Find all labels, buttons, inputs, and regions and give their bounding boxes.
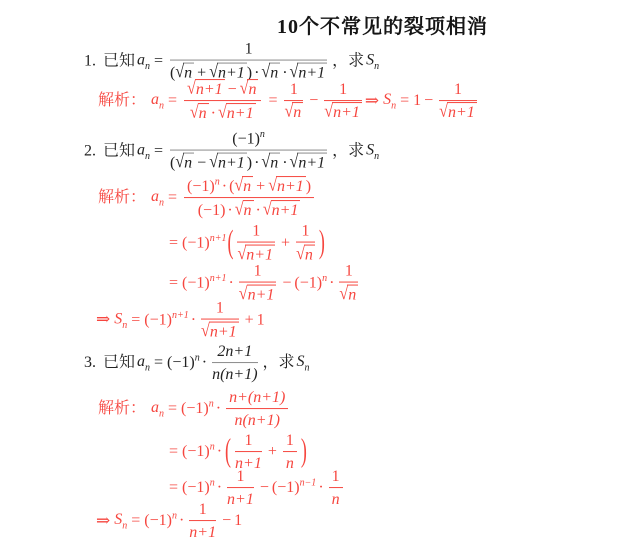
math-token: =	[168, 399, 177, 418]
math-token: ·	[179, 511, 184, 530]
math-token: √	[218, 101, 227, 122]
math-token: 1	[252, 223, 260, 240]
math-token: n(n+1)	[226, 409, 288, 430]
math-token: n	[159, 101, 164, 112]
implies-arrow: ⇒	[96, 310, 110, 330]
math-token: =	[400, 91, 409, 110]
sqrt-n: √n	[190, 103, 209, 123]
math-token: √	[209, 151, 218, 172]
math-token: ·	[254, 154, 259, 171]
math-token: −	[197, 154, 206, 171]
math-token: n	[122, 521, 127, 532]
neg-one-pow-n-minus-1: (−1)n−1	[272, 478, 316, 497]
math-token: 1	[290, 81, 298, 98]
fraction: 1 √n	[296, 222, 315, 265]
fraction: √n+1−√n √n·√n+1	[184, 79, 261, 123]
math-token: =	[154, 353, 163, 372]
math-token: ·	[217, 478, 222, 497]
math-token: −	[228, 81, 237, 98]
math-token: n+1	[210, 273, 227, 284]
math-token: 1	[454, 81, 462, 98]
seek-label: ，求	[332, 141, 364, 160]
math-token: (−1)	[144, 311, 172, 328]
neg-one-pow-n: (−1)n	[182, 478, 215, 497]
a-sub-n: an	[151, 90, 164, 111]
math-token: √	[240, 78, 249, 99]
math-token: √	[339, 283, 348, 304]
math-token: (−1)	[182, 443, 210, 460]
math-token: a	[151, 399, 159, 416]
fraction: 2n+1 n(n+1)	[212, 342, 257, 384]
sqrt-n-plus-1: √n+1	[290, 152, 328, 172]
math-token: −	[260, 478, 269, 497]
math-token: 1	[227, 467, 254, 488]
math-token: =	[131, 310, 140, 329]
math-token: S	[366, 141, 374, 158]
math-token: 1	[216, 300, 224, 317]
S-sub-n: Sn	[383, 90, 396, 111]
math-token: 1	[170, 40, 327, 61]
math-token: 1	[189, 500, 216, 521]
math-token: √n+1	[324, 101, 362, 123]
sqrt-n-plus-1: √n+1	[209, 152, 247, 172]
big-left-paren: (	[227, 224, 233, 263]
analysis-label: 解析：	[98, 91, 146, 110]
fraction: 1 √n	[284, 80, 303, 123]
neg-one-pow-n: (−1)n	[181, 399, 214, 418]
seek-label: ，求	[263, 353, 295, 372]
math-token: n	[292, 102, 303, 122]
math-token: ·	[282, 154, 287, 171]
math-token: =	[168, 188, 177, 207]
problem-number: 1.	[84, 51, 96, 70]
math-token: =	[169, 233, 178, 252]
math-token: n+1	[447, 102, 477, 122]
neg-one-pow-n: (−1)n	[294, 273, 327, 292]
math-token: 1	[244, 432, 252, 449]
math-token: n(n+1)	[234, 412, 279, 429]
sqrt-n: √n	[284, 102, 303, 122]
fraction: 1 (√n+√n+1)·√n·√n+1	[170, 40, 327, 83]
math-token: −	[424, 91, 433, 110]
math-token: n+(n+1)	[229, 389, 285, 406]
sqrt-n-plus-1: √n+1	[324, 102, 362, 122]
math-token: n	[269, 152, 280, 172]
math-token: S	[366, 51, 374, 68]
math-token: −	[309, 91, 318, 110]
S-sub-n: Sn	[366, 50, 379, 71]
math-token: √	[284, 101, 293, 122]
neg-one-pow-n: (−1)n	[144, 511, 177, 530]
math-token: 1	[329, 467, 343, 488]
math-token: (−1)	[144, 512, 172, 529]
math-token: S	[383, 91, 391, 108]
neg-one-pow-n-plus-1: (−1)n+1	[182, 273, 226, 292]
math-token: (√n−√n+1)·√n·√n+1	[170, 151, 327, 173]
implies-arrow: ⇒	[365, 91, 379, 111]
math-token: +	[268, 442, 277, 461]
known-label: 已知	[103, 353, 135, 372]
math-token: 1	[332, 468, 340, 485]
big-left-paren: (	[225, 433, 231, 472]
math-token: 1	[339, 262, 358, 283]
fraction: n+(n+1) n(n+1)	[226, 388, 288, 430]
math-token: n+1	[189, 521, 216, 542]
math-token: n	[215, 177, 220, 188]
math-token: 1	[199, 501, 207, 518]
math-token: (−1)	[182, 234, 210, 251]
math-token: √	[261, 151, 270, 172]
math-token: 1	[254, 263, 262, 280]
neg-one-pow-n: (−1)n	[182, 442, 215, 461]
math-token: =	[169, 442, 178, 461]
math-token: ·	[217, 442, 222, 461]
math-token: n+1	[332, 102, 362, 122]
math-token: a	[137, 353, 145, 370]
math-token: 1	[286, 432, 294, 449]
page-title: 10个不常见的裂项相消	[277, 10, 488, 39]
math-token: n	[210, 478, 215, 489]
solution-2-line-4: ⇒ Sn = (−1)n+1 · 1 √n+1 + 1	[96, 299, 265, 342]
math-token: n(n+1)	[212, 366, 257, 383]
math-token: 1	[245, 41, 253, 58]
seek-label: ，求	[332, 51, 364, 70]
math-token: ·	[216, 399, 221, 418]
math-token: √	[234, 175, 243, 196]
math-token: (−1)·√n·√n+1	[184, 198, 314, 220]
sqrt-n-plus-1: √n+1	[218, 103, 256, 123]
math-token: n	[145, 363, 150, 374]
sqrt-n: √n	[240, 79, 259, 99]
math-token: =	[169, 478, 178, 497]
math-token: n	[159, 409, 164, 420]
solution-3-line-1: 解析： an = (−1)n · n+(n+1) n(n+1)	[98, 388, 291, 430]
fraction: 1 √n	[339, 262, 358, 305]
analysis-label: 解析：	[98, 188, 146, 207]
solution-2-line-1: 解析： an = (−1)n·(√n+√n+1) (−1)·√n·√n+1	[98, 176, 317, 220]
neg-one-pow-n-plus-1: (−1)n+1	[144, 310, 188, 329]
math-token: (−1)	[232, 131, 260, 148]
math-token: (−1)	[182, 274, 210, 291]
a-sub-n: an	[151, 187, 164, 208]
solution-3-line-4: ⇒ Sn = (−1)n · 1 n+1 − 1	[96, 500, 242, 542]
math-token: n+1	[195, 79, 225, 99]
math-token: 1	[234, 511, 242, 530]
math-token: 1	[413, 91, 421, 110]
math-token: n+1	[210, 233, 227, 244]
math-token: ·	[211, 105, 216, 122]
known-label: 已知	[103, 51, 135, 70]
math-token: n+1	[297, 152, 327, 172]
math-token: n	[198, 103, 209, 123]
a-sub-n: an	[137, 50, 150, 71]
fraction: 1 √n+1	[237, 222, 275, 265]
math-token: √	[290, 151, 299, 172]
math-token: 1	[301, 223, 309, 240]
math-token: ·	[318, 478, 323, 497]
math-token: √n	[284, 101, 303, 123]
problem-2-statement: 2. 已知 an = (−1)n (√n−√n+1)·√n·√n+1 ，求 Sn	[84, 130, 379, 173]
sqrt-n-plus-1: √n+1	[263, 200, 301, 220]
S-sub-n: Sn	[297, 352, 310, 373]
math-token: =	[268, 91, 277, 110]
math-token: √	[190, 101, 199, 122]
fraction: 1 √n+1	[324, 80, 362, 123]
math-token: √	[201, 320, 210, 341]
a-sub-n: an	[137, 140, 150, 161]
math-token: n−1	[300, 478, 317, 489]
fraction: 1 n	[329, 467, 343, 509]
math-token: S	[297, 353, 305, 370]
math-token: n	[374, 151, 379, 162]
math-token: (−1)	[182, 479, 210, 496]
math-token: n	[322, 273, 327, 284]
math-token: (−1)n	[170, 130, 327, 151]
math-token: 1	[339, 81, 347, 98]
fraction: 1 √n+1	[201, 299, 239, 342]
problem-1-statement: 1. 已知 an = 1 (√n+√n+1)·√n·√n+1 ，求 Sn	[84, 40, 379, 83]
math-token: n	[242, 176, 253, 196]
math-token: +	[281, 233, 290, 252]
math-token: n	[195, 353, 200, 364]
sqrt-n-plus-1: √n+1	[439, 102, 477, 122]
math-token: =	[154, 51, 163, 70]
math-token: n	[145, 151, 150, 162]
fraction: (−1)n·(√n+√n+1) (−1)·√n·√n+1	[184, 176, 314, 220]
math-token: n	[247, 79, 258, 99]
math-token: 1	[201, 299, 239, 320]
math-token: (−1)	[181, 400, 209, 417]
S-sub-n: Sn	[114, 309, 127, 330]
math-token: n+1	[276, 176, 306, 196]
problem-number: 2.	[84, 141, 96, 160]
big-right-paren: )	[319, 224, 325, 263]
math-token: n	[260, 129, 265, 140]
math-token: n+1	[226, 103, 256, 123]
math-token: ·	[202, 353, 207, 372]
math-token: −	[222, 511, 231, 530]
problem-number: 3.	[84, 353, 96, 372]
math-token: +	[256, 178, 265, 195]
math-token: 2n+1	[212, 342, 257, 363]
sqrt-n: √n	[261, 152, 280, 172]
solution-2-line-2: = (−1)n+1 ( 1 √n+1 + 1 √n )	[165, 222, 326, 265]
math-token: n	[209, 399, 214, 410]
fraction: 1 √n+1	[439, 80, 477, 123]
math-token: =	[168, 91, 177, 110]
math-token: √n+1	[201, 320, 239, 342]
math-token: n	[210, 442, 215, 453]
worksheet-page: 10个不常见的裂项相消 1. 已知 an = 1 (√n+√n+1)·√n·√n…	[0, 0, 625, 551]
math-token: −	[282, 273, 291, 292]
math-token: ·	[227, 202, 232, 219]
math-token: n+1	[189, 524, 216, 541]
math-token: n(n+1)	[212, 363, 257, 384]
math-token: 1	[239, 262, 277, 283]
math-token: ·	[191, 310, 196, 329]
fraction: 1 n+1	[189, 500, 216, 542]
neg-one-pow-n: (−1)n	[167, 353, 200, 372]
math-token: (−1)	[272, 479, 300, 496]
math-token: 1	[235, 431, 262, 452]
math-token: √	[187, 78, 196, 99]
sqrt-n: √n	[175, 152, 194, 172]
math-token: ·	[228, 273, 233, 292]
math-token: =	[154, 141, 163, 160]
problem-3-statement: 3. 已知 an = (−1)n · 2n+1 n(n+1) ，求 Sn	[84, 342, 310, 384]
math-token: √	[324, 101, 333, 122]
math-token: ·	[256, 202, 261, 219]
math-token: =	[131, 511, 140, 530]
implies-arrow: ⇒	[96, 511, 110, 531]
math-token: √n+1	[439, 101, 477, 123]
math-token: 1	[284, 80, 303, 101]
math-token: n+1	[271, 200, 301, 220]
math-token: √	[175, 151, 184, 172]
math-token: √n	[339, 283, 358, 305]
math-token: n	[391, 101, 396, 112]
math-token: a	[137, 51, 145, 68]
math-token: n	[305, 363, 310, 374]
math-token: n	[122, 320, 127, 331]
math-token: 1	[237, 222, 275, 243]
sqrt-n-plus-1: √n+1	[201, 321, 239, 341]
sqrt-n: √n	[339, 284, 358, 304]
math-token: 1	[296, 222, 315, 243]
math-token: 1	[236, 468, 244, 485]
math-token: n+1	[209, 321, 239, 341]
sqrt-n: √n	[234, 176, 253, 196]
math-token: )	[306, 178, 311, 195]
math-token: (−1)n·(√n+√n+1)	[184, 176, 314, 198]
math-token: √n·√n+1	[184, 101, 261, 123]
fraction: (−1)n (√n−√n+1)·√n·√n+1	[170, 130, 327, 173]
math-token: √n+1−√n	[184, 79, 261, 101]
math-token: √	[235, 198, 244, 219]
analysis-label: 解析：	[98, 399, 146, 418]
math-token: n	[243, 200, 254, 220]
sqrt-n-plus-1: √n+1	[187, 79, 225, 99]
solution-1-line: 解析： an = √n+1−√n √n·√n+1 = 1 √n − 1 √n+1…	[98, 79, 480, 123]
math-token: n	[332, 491, 340, 508]
math-token: ·	[222, 178, 227, 195]
math-token: n	[374, 61, 379, 72]
math-token: ·	[329, 273, 334, 292]
math-token: =	[169, 273, 178, 292]
math-token: 1	[345, 263, 353, 280]
math-token: 1	[324, 80, 362, 101]
math-token: n+(n+1)	[226, 388, 288, 409]
S-sub-n: Sn	[114, 510, 127, 531]
known-label: 已知	[103, 141, 135, 160]
math-token: (−1)	[198, 202, 226, 219]
math-token: n	[329, 488, 343, 509]
math-token: a	[151, 91, 159, 108]
math-token: )	[247, 154, 252, 171]
math-token: 2n+1	[217, 343, 252, 360]
S-sub-n: Sn	[366, 140, 379, 161]
math-token: (−1)	[294, 274, 322, 291]
math-token: √	[439, 101, 448, 122]
math-token: n	[145, 61, 150, 72]
math-token: (−1)	[187, 178, 215, 195]
a-sub-n: an	[151, 398, 164, 419]
a-sub-n: an	[137, 352, 150, 373]
math-token: a	[151, 188, 159, 205]
neg-one-pow-n-plus-1: (−1)n+1	[182, 233, 226, 252]
math-token: n	[172, 511, 177, 522]
math-token: 1	[283, 431, 297, 452]
math-token: n	[347, 284, 358, 304]
math-token: (−1)	[167, 354, 195, 371]
math-token: √	[268, 175, 277, 196]
math-token: 1	[257, 310, 265, 329]
big-right-paren: )	[301, 433, 307, 472]
math-token: +	[245, 310, 254, 329]
sqrt-n-plus-1: √n+1	[268, 176, 306, 196]
math-token: n+1	[172, 310, 189, 321]
math-token: 1	[439, 80, 477, 101]
math-token: n	[183, 152, 194, 172]
math-token: n+1	[217, 152, 247, 172]
sqrt-n: √n	[235, 200, 254, 220]
math-token: a	[137, 141, 145, 158]
math-token: n	[159, 198, 164, 209]
math-token: √	[263, 198, 272, 219]
